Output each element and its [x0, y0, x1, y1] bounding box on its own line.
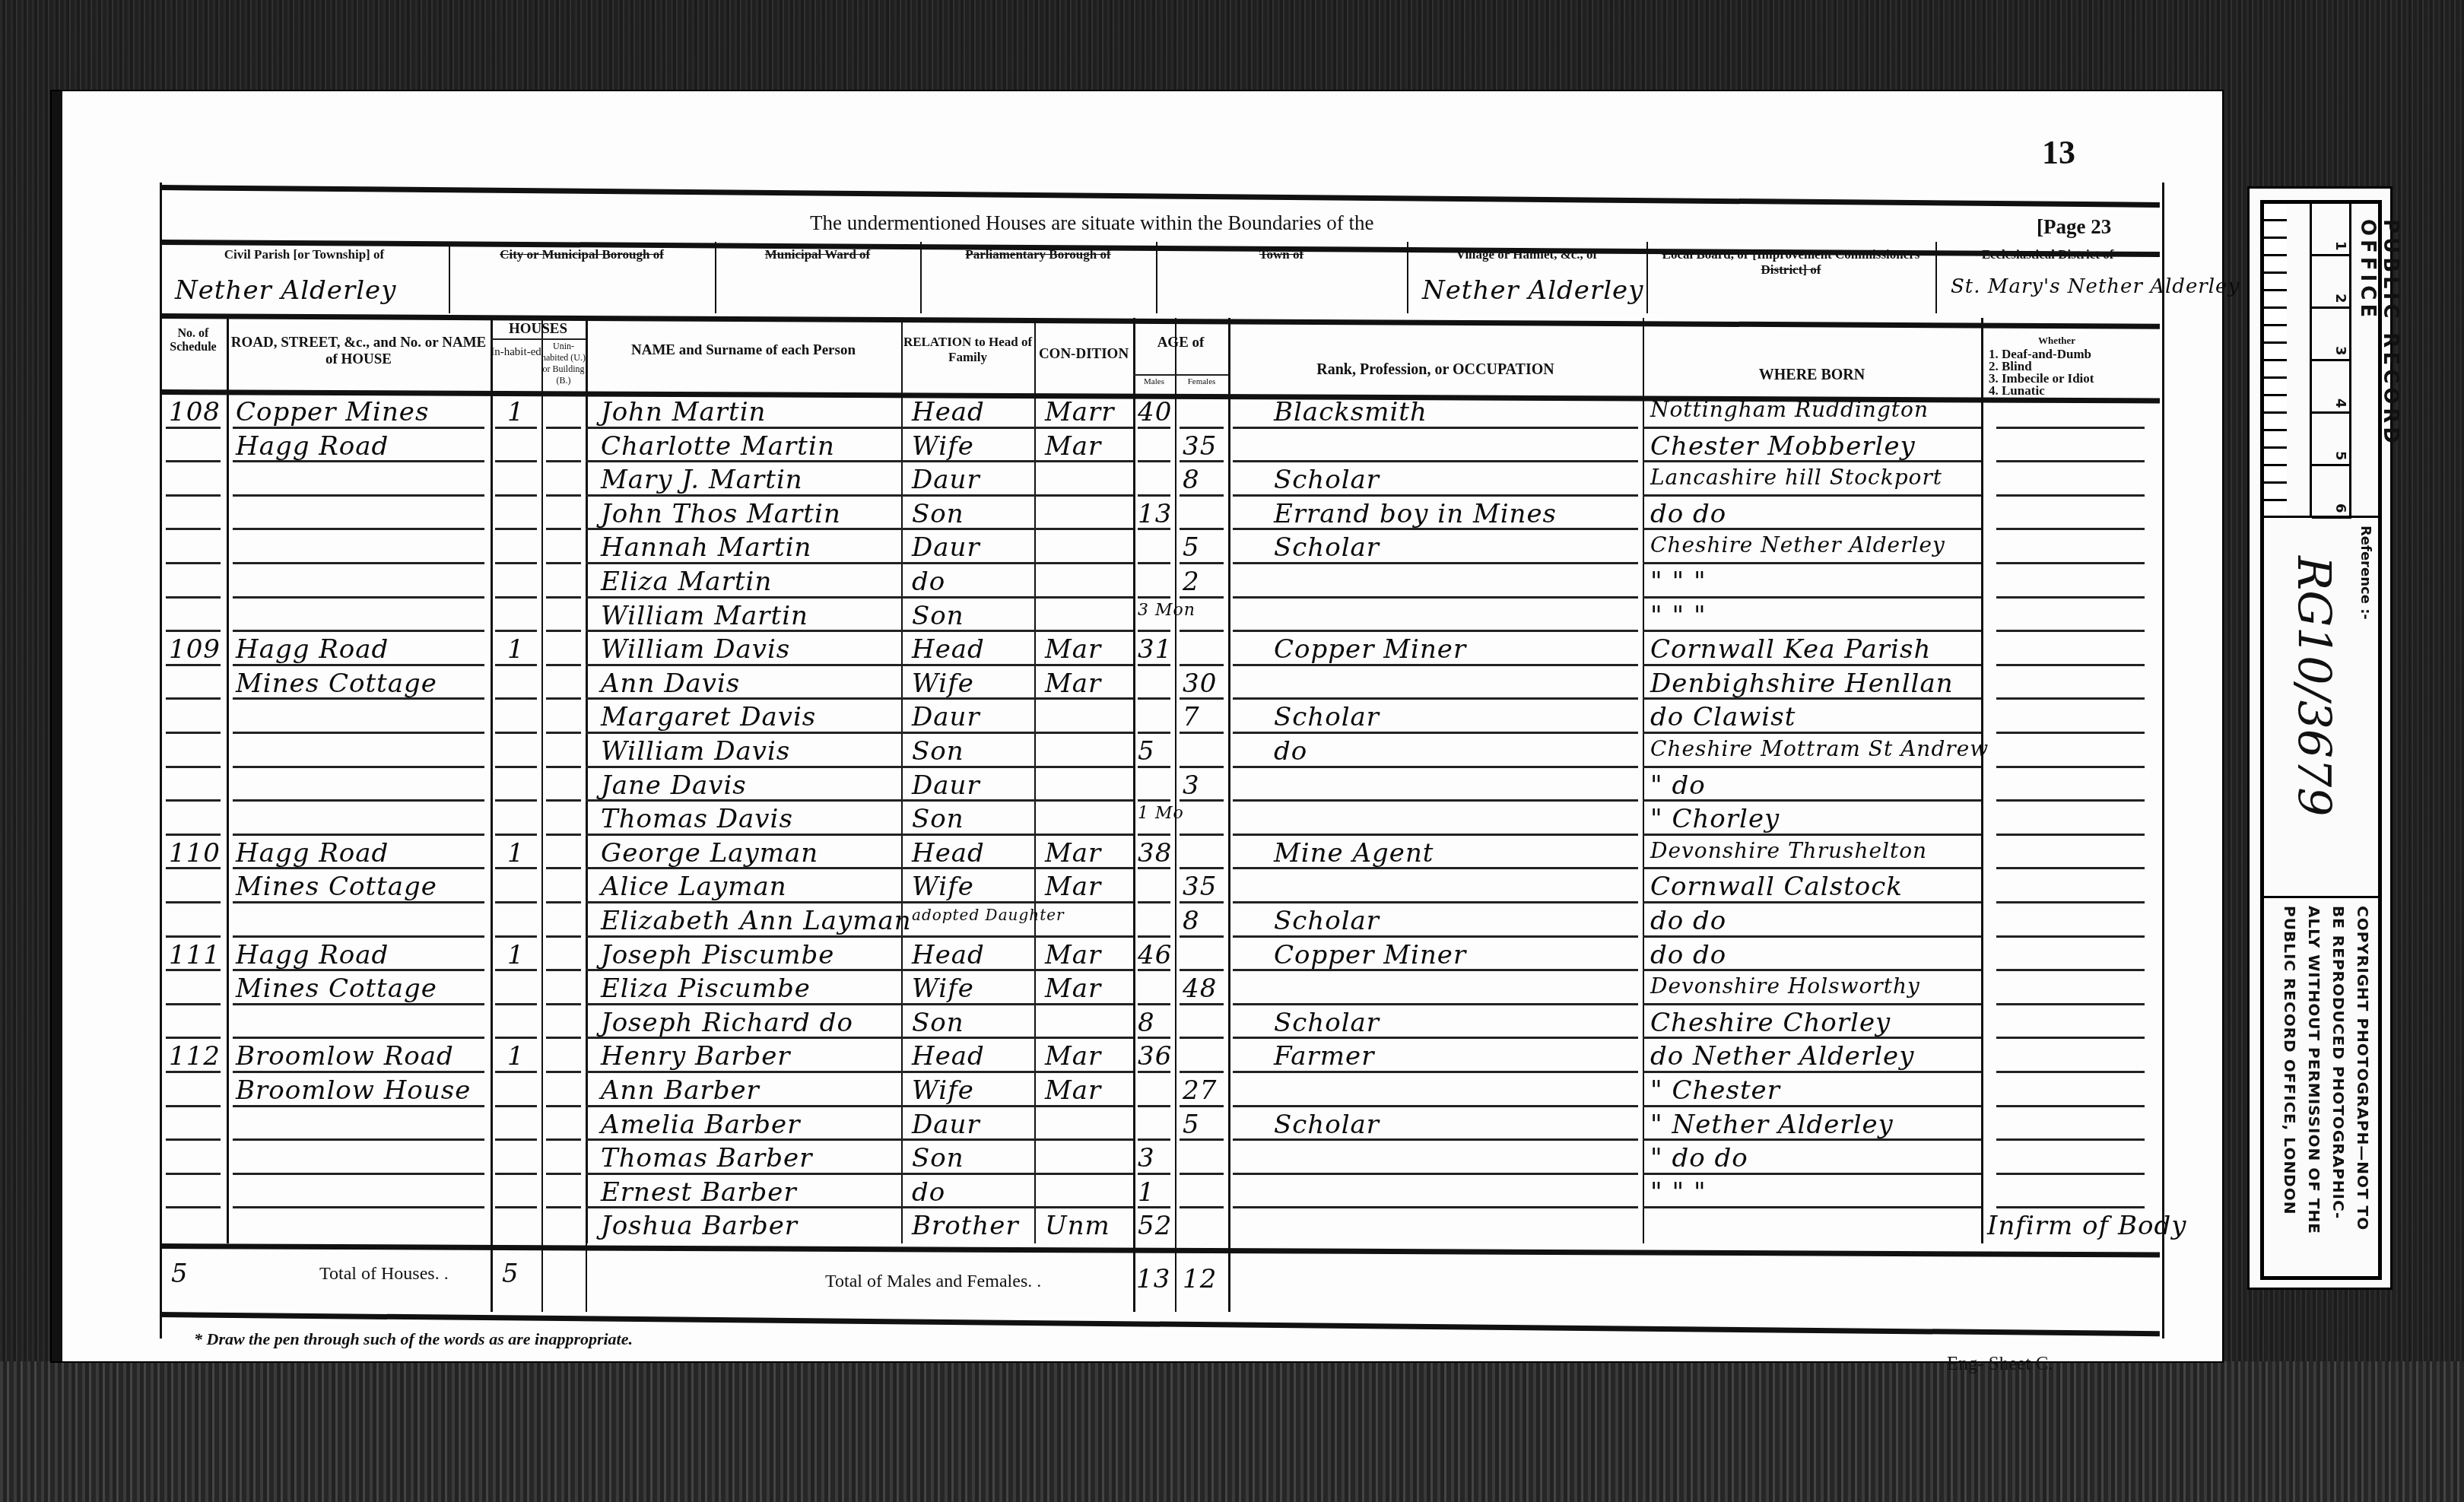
row-rule	[233, 1138, 484, 1141]
row-rule	[495, 528, 537, 530]
person-name: Hannah Martin	[601, 532, 811, 563]
house-address: Hagg Road	[236, 940, 389, 970]
row-rule	[1180, 664, 1224, 666]
house-address: Mines Cottage	[236, 973, 437, 1004]
district-divider	[1646, 242, 1648, 313]
copyright-line: BE REPRODUCED PHOTOGRAPHIC-	[2329, 906, 2348, 1219]
row-rule	[1034, 766, 1133, 768]
occupation: Farmer	[1274, 1041, 1374, 1072]
row-rule	[495, 1138, 537, 1141]
house-address: Hagg Road	[236, 838, 389, 868]
row-rule	[1180, 834, 1224, 836]
relation-to-head: Daur	[912, 702, 980, 732]
relation-to-head: adopted Daughter	[912, 906, 1065, 924]
inhabited-count: 1	[507, 397, 525, 427]
row-rule	[546, 494, 581, 497]
row-rule	[1233, 460, 1638, 462]
relation-to-head: Wife	[912, 973, 974, 1004]
row-rule	[233, 799, 484, 802]
age-male: 8	[1138, 1008, 1155, 1038]
row-rule	[1233, 834, 1638, 836]
relation-to-head: Head	[912, 634, 985, 665]
footnote: * Draw the pen through such of the words…	[194, 1329, 633, 1349]
district-divider	[449, 242, 450, 313]
birthplace: do Nether Alderley	[1650, 1041, 1914, 1072]
scale-box: 3	[2312, 309, 2351, 361]
row-rule	[1233, 630, 1638, 632]
house-address: Broomlow House	[236, 1075, 471, 1106]
row-rule	[166, 766, 221, 768]
row-rule	[546, 697, 581, 700]
age-male: 40	[1138, 397, 1172, 427]
inhabited-count: 1	[507, 1041, 525, 1072]
row-rule	[495, 935, 537, 938]
scale-ruler	[2264, 204, 2308, 516]
house-address: Broomlow Road	[236, 1041, 454, 1072]
total-schedules: 5	[171, 1259, 189, 1289]
row-rule	[495, 766, 537, 768]
district-label: Town of	[1165, 247, 1398, 262]
occupation: Copper Miner	[1274, 940, 1466, 970]
age-female: 5	[1183, 532, 1200, 563]
row-rule	[233, 596, 484, 599]
row-rule	[1233, 1173, 1638, 1175]
row-rule	[1180, 969, 1224, 971]
col-header-inhabited: In-habit-ed	[491, 346, 541, 359]
row-rule	[1138, 935, 1170, 938]
row-rule	[495, 460, 537, 462]
age-female: 3	[1183, 770, 1200, 801]
occupation: Scholar	[1274, 1008, 1380, 1038]
col-header-relation: RELATION to Head of Family	[901, 335, 1034, 365]
birthplace: " Chorley	[1650, 804, 1780, 834]
relation-to-head: Brother	[912, 1211, 1019, 1241]
row-rule	[1996, 460, 2145, 462]
district-label: Civil Parish [or Township] of	[169, 247, 440, 262]
birthplace: Cheshire Mottram St Andrew	[1650, 736, 1989, 761]
age-male: 38	[1138, 838, 1172, 868]
column-divider	[541, 318, 543, 1312]
row-rule	[1996, 935, 2145, 938]
age-female: 8	[1183, 465, 1200, 495]
person-name: Margaret Davis	[601, 702, 816, 732]
relation-to-head: Son	[912, 736, 964, 767]
age-male: 31	[1138, 634, 1172, 665]
row-rule	[495, 494, 537, 497]
row-rule	[546, 1105, 581, 1107]
row-rule	[1034, 732, 1133, 734]
scale-box: 6	[2312, 466, 2351, 519]
col-header-houses: HOUSES	[491, 321, 586, 338]
occupation: Scholar	[1274, 465, 1380, 495]
row-rule	[1138, 596, 1170, 599]
person-name: Ann Barber	[601, 1075, 760, 1106]
district-label: Ecclesiastical District of	[1945, 247, 2151, 262]
age-female: 7	[1183, 702, 1200, 732]
person-name: Thomas Barber	[601, 1143, 812, 1173]
row-rule	[1034, 799, 1133, 802]
district-divider	[1156, 242, 1157, 313]
row-rule	[546, 460, 581, 462]
district-divider	[1935, 242, 1937, 313]
row-rule	[495, 1105, 537, 1107]
row-rule	[495, 1003, 537, 1005]
row-rule	[546, 935, 581, 938]
row-rule	[233, 1037, 484, 1039]
person-name: Joseph Richard do	[601, 1008, 853, 1038]
occupation: Copper Miner	[1274, 634, 1466, 665]
row-rule	[166, 1003, 221, 1005]
row-rule	[233, 732, 484, 734]
relation-to-head: Son	[912, 1008, 964, 1038]
sheet-label: Eng- Sheet C.	[1947, 1354, 2053, 1375]
row-rule	[166, 732, 221, 734]
age-male: 3 Mon	[1138, 601, 1195, 620]
birthplace: " " "	[1650, 567, 1707, 597]
row-rule	[1643, 494, 1981, 497]
birthplace: Devonshire Thrushelton	[1650, 838, 1927, 863]
row-rule	[1643, 1003, 1981, 1005]
marital-condition: Mar	[1045, 668, 1101, 699]
row-rule	[1233, 1003, 1638, 1005]
row-rule	[166, 901, 221, 903]
row-rule	[546, 1071, 581, 1073]
row-rule	[166, 494, 221, 497]
column-divider	[1228, 318, 1230, 1312]
row-rule	[1180, 766, 1224, 768]
relation-to-head: Daur	[912, 1110, 980, 1140]
birthplace: Cornwall Kea Parish	[1650, 634, 1931, 665]
row-rule	[233, 562, 484, 564]
row-rule	[1180, 1071, 1224, 1073]
reference-box: Reference :- RG10/3679	[2264, 516, 2378, 898]
district-divider	[1407, 242, 1408, 313]
person-name: George Layman	[601, 838, 818, 868]
marital-condition: Mar	[1045, 940, 1101, 970]
person-name: William Davis	[601, 634, 790, 665]
boundaries-title: The undermentioned Houses are situate wi…	[810, 211, 1374, 235]
age-rule	[1133, 374, 1228, 376]
person-name: Ernest Barber	[601, 1177, 797, 1208]
row-rule	[1138, 1138, 1170, 1141]
occupation: Errand boy in Mines	[1274, 499, 1557, 529]
person-name: Ann Davis	[601, 668, 740, 699]
birthplace: " " "	[1650, 601, 1707, 631]
birthplace: " " "	[1650, 1177, 1707, 1208]
row-rule	[495, 1037, 537, 1039]
row-rule	[1996, 1173, 2145, 1175]
district-label: Village or Hamlet, &c., of	[1416, 247, 1637, 262]
row-rule	[233, 1173, 484, 1175]
row-rule	[1643, 867, 1981, 869]
row-rule	[233, 834, 484, 836]
birthplace: " Nether Alderley	[1650, 1110, 1894, 1140]
row-rule	[1034, 596, 1133, 599]
district-value: Nether Alderley	[1422, 275, 1643, 306]
occupation: Mine Agent	[1274, 838, 1434, 868]
row-rule	[1180, 528, 1224, 530]
col-header-condition: CON-DITION	[1034, 346, 1133, 363]
row-rule	[546, 427, 581, 429]
row-rule	[233, 766, 484, 768]
reference-value: RG10/3679	[2287, 556, 2340, 816]
inhabited-count: 1	[507, 838, 525, 868]
row-rule	[1138, 732, 1170, 734]
house-address: Hagg Road	[236, 634, 389, 665]
birthplace: Lancashire hill Stockport	[1650, 465, 1942, 490]
row-rule	[1996, 732, 2145, 734]
marital-condition: Marr	[1045, 397, 1115, 427]
row-rule	[546, 1138, 581, 1141]
row-rule	[1180, 630, 1224, 632]
age-female: 27	[1183, 1075, 1217, 1106]
occupation: Blacksmith	[1274, 397, 1427, 427]
row-rule	[166, 1206, 221, 1208]
occupation: Scholar	[1274, 702, 1380, 732]
row-rule	[1034, 834, 1133, 836]
row-rule	[1180, 1037, 1224, 1039]
birthplace: " Chester	[1650, 1075, 1780, 1106]
col-header-occupation: Rank, Profession, or OCCUPATION	[1228, 361, 1643, 379]
row-rule	[166, 596, 221, 599]
row-rule	[166, 1138, 221, 1141]
row-rule	[546, 732, 581, 734]
inhabited-count: 1	[507, 940, 525, 970]
row-rule	[495, 1173, 537, 1175]
age-female: 2	[1183, 567, 1200, 597]
total-females: 12	[1183, 1264, 1217, 1294]
row-rule	[233, 935, 484, 938]
house-address: Copper Mines	[236, 397, 429, 427]
occupation: do	[1274, 736, 1307, 767]
row-rule	[1643, 766, 1981, 768]
row-rule	[166, 834, 221, 836]
person-name: John Martin	[601, 397, 766, 427]
copyright-line: PUBLIC RECORD OFFICE, LONDON	[2281, 906, 2299, 1215]
total-houses-label: Total of Houses. .	[319, 1264, 449, 1284]
district-divider	[920, 242, 922, 313]
birthplace: do do	[1650, 499, 1726, 529]
row-rule	[546, 1173, 581, 1175]
row-rule	[1996, 1003, 2145, 1005]
age-female: 30	[1183, 668, 1217, 699]
row-rule	[546, 867, 581, 869]
row-rule	[1996, 867, 2145, 869]
birthplace: Cheshire Nether Alderley	[1650, 532, 1945, 557]
relation-to-head: Head	[912, 1041, 985, 1072]
row-rule	[1034, 1138, 1133, 1141]
page-label: [Page 23	[2037, 215, 2111, 239]
person-name: John Thos Martin	[601, 499, 841, 529]
occupation: Scholar	[1274, 1110, 1380, 1140]
row-rule	[1034, 630, 1133, 632]
row-rule	[546, 1003, 581, 1005]
relation-to-head: Wife	[912, 431, 974, 462]
row-rule	[495, 834, 537, 836]
age-female: 8	[1183, 906, 1200, 936]
marital-condition: Mar	[1045, 872, 1101, 902]
col-header-infirmity: 4. Lunatic	[1989, 383, 2045, 399]
district-label: Local Board, or [Improvement Commissione…	[1656, 247, 1926, 278]
row-rule	[495, 799, 537, 802]
person-name: William Davis	[601, 736, 790, 767]
inhabited-count: 1	[507, 634, 525, 665]
person-name: Mary J. Martin	[601, 465, 803, 495]
col-header-infirmity: Whether	[2038, 335, 2075, 347]
infirmity: Infirm of Body	[1987, 1211, 2186, 1241]
row-rule	[166, 1037, 221, 1039]
birthplace: Chester Mobberley	[1650, 431, 1916, 462]
relation-to-head: do	[912, 1177, 945, 1208]
district-label: Municipal Ward of	[724, 247, 911, 262]
row-rule	[1996, 799, 2145, 802]
copyright-notice: COPYRIGHT PHOTOGRAPH—NOT TOBE REPRODUCED…	[2264, 896, 2378, 1278]
row-rule	[233, 1206, 484, 1208]
col-header-age: AGE of	[1133, 335, 1228, 351]
marital-condition: Mar	[1045, 1041, 1101, 1072]
column-divider	[491, 318, 493, 1312]
relation-to-head: Head	[912, 838, 985, 868]
birthplace: " do	[1650, 770, 1706, 801]
age-male: 46	[1138, 940, 1172, 970]
col-header-road: ROAD, STREET, &c., and No. or NAME of HO…	[227, 335, 491, 368]
row-rule	[495, 562, 537, 564]
col-header-where-born: WHERE BORN	[1643, 367, 1981, 384]
row-rule	[1996, 697, 2145, 700]
row-rule	[1996, 1071, 2145, 1073]
row-rule	[1138, 799, 1170, 802]
office-label: PUBLIC RECORD OFFICE	[2349, 204, 2380, 516]
column-divider	[227, 318, 229, 1243]
person-name: Alice Layman	[601, 872, 787, 902]
row-rule	[546, 834, 581, 836]
row-rule	[1034, 935, 1133, 938]
occupation: Scholar	[1274, 532, 1380, 563]
row-rule	[546, 562, 581, 564]
row-rule	[495, 697, 537, 700]
birthplace: do Clawist	[1650, 702, 1796, 732]
row-rule	[1996, 528, 2145, 530]
row-rule	[495, 901, 537, 903]
row-rule	[1034, 1173, 1133, 1175]
row-rule	[495, 1206, 537, 1208]
row-rule	[1233, 1206, 1638, 1208]
age-male: 1 Mo	[1138, 804, 1184, 823]
col-header-uninhabited: Unin-habited (U.) or Building (B.)	[541, 341, 586, 386]
row-rule	[1233, 697, 1638, 700]
house-address: Hagg Road	[236, 431, 389, 462]
row-rule	[1138, 630, 1170, 632]
scan-background-bottom	[0, 1361, 2464, 1502]
schedule-number: 110	[169, 838, 221, 868]
relation-to-head: Son	[912, 499, 964, 529]
marital-condition: Mar	[1045, 1075, 1101, 1106]
district-value: St. Mary's Nether Alderley	[1951, 275, 2240, 298]
relation-to-head: Daur	[912, 465, 980, 495]
row-rule	[1180, 427, 1224, 429]
row-rule	[546, 1206, 581, 1208]
row-rule	[1138, 562, 1170, 564]
district-label: City or Municipal Borough of	[458, 247, 706, 262]
row-rule	[495, 596, 537, 599]
row-rule	[495, 732, 537, 734]
person-name: Joshua Barber	[601, 1211, 798, 1241]
reference-label: Reference :-	[2358, 526, 2374, 620]
relation-to-head: Head	[912, 397, 985, 427]
houses-rule	[491, 338, 586, 340]
marital-condition: Mar	[1045, 838, 1101, 868]
relation-to-head: Daur	[912, 770, 980, 801]
row-rule	[546, 969, 581, 971]
schedule-number: 112	[169, 1041, 221, 1072]
schedule-number: 109	[169, 634, 221, 665]
col-header-name: NAME and Surname of each Person	[586, 342, 901, 359]
relation-to-head: Wife	[912, 1075, 974, 1106]
marital-condition: Mar	[1045, 634, 1101, 665]
relation-to-head: Wife	[912, 872, 974, 902]
row-rule	[546, 630, 581, 632]
house-address: Mines Cottage	[236, 872, 437, 902]
total-persons-label: Total of Males and Females. .	[825, 1272, 1041, 1292]
person-name: Eliza Piscumbe	[601, 973, 811, 1004]
row-rule	[166, 562, 221, 564]
age-male: 36	[1138, 1041, 1172, 1072]
row-rule	[166, 697, 221, 700]
total-males: 13	[1136, 1264, 1170, 1294]
row-rule	[233, 528, 484, 530]
person-name: Eliza Martin	[601, 567, 772, 597]
birthplace: Cheshire Chorley	[1650, 1008, 1891, 1038]
row-rule	[1034, 562, 1133, 564]
row-rule	[1034, 528, 1133, 530]
person-name: Jane Davis	[601, 770, 747, 801]
col-header-females: Females	[1175, 377, 1228, 386]
relation-to-head: Son	[912, 601, 964, 631]
row-rule	[546, 766, 581, 768]
row-rule	[546, 799, 581, 802]
person-name: Thomas Davis	[601, 804, 793, 834]
scale-box: 5	[2312, 414, 2351, 466]
row-rule	[1996, 494, 2145, 497]
row-rule	[901, 935, 1034, 938]
district-value: Nether Alderley	[175, 275, 396, 306]
row-rule	[166, 935, 221, 938]
age-female: 5	[1183, 1110, 1200, 1140]
row-rule	[166, 528, 221, 530]
birthplace: do do	[1650, 906, 1726, 936]
folio-number: 13	[2042, 133, 2075, 172]
row-rule	[1643, 562, 1981, 564]
age-male: 1	[1138, 1177, 1155, 1208]
scale-box: 1	[2312, 204, 2351, 256]
schedule-number: 111	[169, 940, 221, 970]
column-divider	[586, 1243, 587, 1312]
age-female: 48	[1183, 973, 1217, 1004]
row-rule	[1233, 799, 1638, 802]
birthplace: " do do	[1650, 1143, 1748, 1173]
row-rule	[1996, 1138, 2145, 1141]
relation-to-head: Son	[912, 1143, 964, 1173]
district-label: Parliamentary Borough of	[929, 247, 1147, 262]
marital-condition: Unm	[1045, 1211, 1110, 1241]
person-name: Joseph Piscumbe	[601, 940, 834, 970]
relation-to-head: do	[912, 567, 945, 597]
row-rule	[233, 494, 484, 497]
row-rule	[1138, 697, 1170, 700]
birthplace: Denbighshire Henllan	[1650, 668, 1954, 699]
row-rule	[1180, 1173, 1224, 1175]
row-rule	[233, 630, 484, 632]
